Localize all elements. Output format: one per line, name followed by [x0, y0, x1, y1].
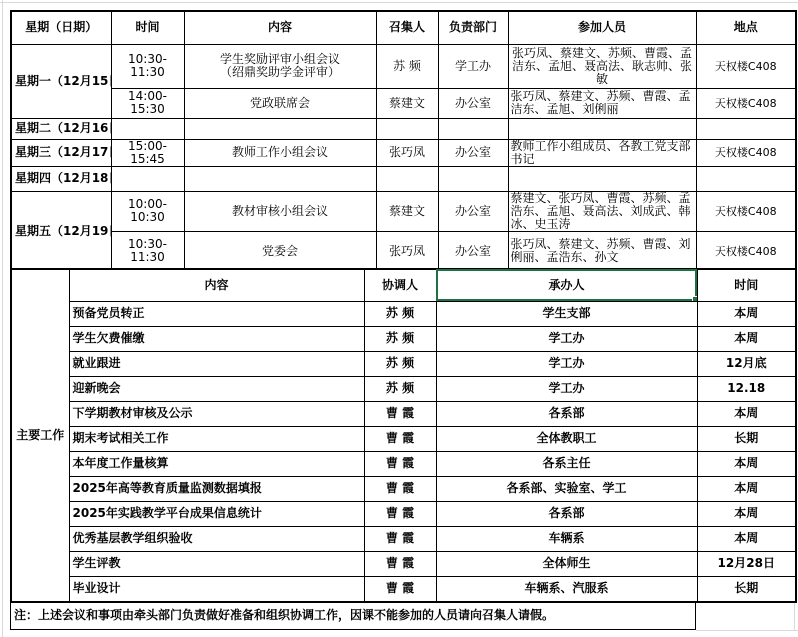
- cell-department[interactable]: 办公室: [438, 88, 508, 118]
- margin-gridline-left: [2, 0, 3, 637]
- cell-task[interactable]: 毕业设计: [69, 576, 364, 602]
- cell-organizer[interactable]: 全体教职工: [436, 426, 697, 451]
- cell-coordinator[interactable]: 曹 霞: [364, 451, 436, 476]
- cell-organizer[interactable]: 学生支部: [436, 301, 697, 326]
- table-row: 预备党员转正苏 频学生支部本周: [11, 301, 796, 326]
- table-row: 星期三（12月17日） 15:00-15:45 教师工作小组会议 张巧凤 办公室…: [11, 139, 796, 166]
- cell-day-friday[interactable]: 星期五（12月19日）: [11, 191, 111, 272]
- cell-convener[interactable]: 苏 频: [376, 44, 438, 88]
- cell-organizer[interactable]: 学工办: [436, 351, 697, 376]
- cell-organizer[interactable]: 各系主任: [436, 451, 697, 476]
- cell-content[interactable]: 教师工作小组会议: [184, 139, 376, 166]
- cell-coordinator[interactable]: 曹 霞: [364, 551, 436, 576]
- cell-convener[interactable]: [376, 118, 438, 139]
- table-row: 星期五（12月19日） 10:00-10:30 教材审核小组会议 蔡建文 办公室…: [11, 191, 796, 231]
- header-task-time[interactable]: 时间: [697, 269, 796, 301]
- cell-coordinator[interactable]: 曹 霞: [364, 526, 436, 551]
- cell-day-thursday[interactable]: 星期四（12月18日）: [11, 166, 111, 191]
- header-coordinator[interactable]: 协调人: [364, 269, 436, 301]
- table-row: 14:00-15:30 党政联席会 蔡建文 办公室 张巧凤、蔡建文、苏频、曹霞、…: [11, 88, 796, 118]
- table-row: 就业跟进苏 频学工办12月底: [11, 351, 796, 376]
- cell-convener[interactable]: 张巧凤: [376, 139, 438, 166]
- cell-participants[interactable]: 教师工作小组成员、各教工党支部书记: [508, 139, 696, 166]
- cell-coordinator[interactable]: 曹 霞: [364, 576, 436, 602]
- cell-participants[interactable]: [508, 166, 696, 191]
- header-convener[interactable]: 召集人: [376, 11, 438, 44]
- cell-task-time[interactable]: 本周: [697, 401, 796, 426]
- cell-organizer[interactable]: 学工办: [436, 376, 697, 401]
- cell-participants[interactable]: [508, 118, 696, 139]
- cell-time[interactable]: [111, 166, 184, 191]
- cell-organizer[interactable]: 学工办: [436, 326, 697, 351]
- table-row: 毕业设计曹 霞车辆系、汽服系长期: [11, 576, 796, 602]
- cell-time[interactable]: 10:30-11:30: [111, 44, 184, 88]
- cell-task-time[interactable]: 本周: [697, 526, 796, 551]
- cell-task[interactable]: 下学期教材审核及公示: [69, 401, 364, 426]
- main-tasks-table: 主要工作 内容 协调人 承办人 时间 预备党员转正苏 频学生支部本周 学生欠费催…: [10, 268, 797, 603]
- cell-task-time[interactable]: 本周: [697, 451, 796, 476]
- selected-cell-organizer-header[interactable]: 承办人: [436, 269, 697, 301]
- cell-department[interactable]: 办公室: [438, 231, 508, 272]
- cell-participants[interactable]: 张巧凤、蔡建文、苏频、曹霞、孟洁东、孟旭、聂高法、耿志帅、张敏: [508, 44, 696, 88]
- table-row: 优秀基层教学组织验收曹 霞车辆系本周: [11, 526, 796, 551]
- header-organizer-label: 承办人: [548, 278, 584, 292]
- cell-task-time[interactable]: 长期: [697, 426, 796, 451]
- cell-task[interactable]: 预备党员转正: [69, 301, 364, 326]
- cell-coordinator[interactable]: 苏 频: [364, 351, 436, 376]
- cell-task-time[interactable]: 本周: [697, 476, 796, 501]
- cell-content[interactable]: 学生奖励评审小组会议 （绍鼎奖助学金评审）: [184, 44, 376, 88]
- cell-location[interactable]: 天权楼C408: [696, 191, 796, 231]
- cell-coordinator[interactable]: 苏 频: [364, 326, 436, 351]
- cell-day-tuesday[interactable]: 星期二（12月16日）: [11, 118, 111, 139]
- cell-coordinator[interactable]: 苏 频: [364, 376, 436, 401]
- cell-coordinator[interactable]: 曹 霞: [364, 401, 436, 426]
- table-row: 下学期教材审核及公示曹 霞各系部本周: [11, 401, 796, 426]
- cell-department[interactable]: 办公室: [438, 139, 508, 166]
- cell-coordinator[interactable]: 曹 霞: [364, 476, 436, 501]
- cell-content[interactable]: [184, 166, 376, 191]
- spreadsheet-view: 星期（日期） 时间 内容 召集人 负责部门 参加人员 地点 星期一（12月15日…: [0, 0, 798, 637]
- cell-task[interactable]: 2025年高等教育质量监测数据填报: [69, 476, 364, 501]
- cell-coordinator[interactable]: 曹 霞: [364, 426, 436, 451]
- cell-content[interactable]: 党委会: [184, 231, 376, 272]
- table-row: 迎新晚会苏 频学工办12.18: [11, 376, 796, 401]
- table-row: 期末考试相关工作曹 霞全体教职工长期: [11, 426, 796, 451]
- cell-time[interactable]: [111, 118, 184, 139]
- cell-location[interactable]: 天权楼C408: [696, 139, 796, 166]
- table-row: 星期二（12月16日）: [11, 118, 796, 139]
- cell-task-time[interactable]: 长期: [697, 576, 796, 602]
- cell-organizer[interactable]: 车辆系、汽服系: [436, 576, 697, 602]
- cell-task[interactable]: 迎新晚会: [69, 376, 364, 401]
- cell-task[interactable]: 2025年实践教学平台成果信息统计: [69, 501, 364, 526]
- cell-time[interactable]: 14:00-15:30: [111, 88, 184, 118]
- cell-task-time[interactable]: 12月28日: [697, 551, 796, 576]
- cell-coordinator[interactable]: 曹 霞: [364, 501, 436, 526]
- cell-content[interactable]: [184, 118, 376, 139]
- cell-content[interactable]: 党政联席会: [184, 88, 376, 118]
- cell-task-time[interactable]: 12.18: [697, 376, 796, 401]
- table-row: 星期四（12月18日）: [11, 166, 796, 191]
- table-row: 2025年高等教育质量监测数据填报曹 霞各系部、实验室、学工本周: [11, 476, 796, 501]
- table-row: 学生评教曹 霞全体师生12月28日: [11, 551, 796, 576]
- side-label-main-work[interactable]: 主要工作: [11, 269, 69, 602]
- header-location[interactable]: 地点: [696, 11, 796, 44]
- cell-convener[interactable]: 张巧凤: [376, 231, 438, 272]
- header-time[interactable]: 时间: [111, 11, 184, 44]
- table-row: 星期一（12月15日） 10:30-11:30 学生奖励评审小组会议 （绍鼎奖助…: [11, 44, 796, 88]
- cell-convener[interactable]: 蔡建文: [376, 88, 438, 118]
- cell-organizer[interactable]: 全体师生: [436, 551, 697, 576]
- cell-task[interactable]: 学生欠费催缴: [69, 326, 364, 351]
- cell-organizer[interactable]: 各系部: [436, 401, 697, 426]
- cell-location[interactable]: 天权楼C408: [696, 44, 796, 88]
- margin-gridline-top: [0, 2, 798, 3]
- header-content[interactable]: 内容: [184, 11, 376, 44]
- cell-task[interactable]: 本年度工作量核算: [69, 451, 364, 476]
- header-task-content[interactable]: 内容: [69, 269, 364, 301]
- cell-location[interactable]: [696, 166, 796, 191]
- cell-day-wednesday[interactable]: 星期三（12月17日）: [11, 139, 111, 166]
- cell-task[interactable]: 就业跟进: [69, 351, 364, 376]
- cell-location[interactable]: 天权楼C408: [696, 88, 796, 118]
- cell-day-monday[interactable]: 星期一（12月15日）: [11, 44, 111, 118]
- margin-gridline-note-bottom: [696, 630, 798, 631]
- week-schedule-table: 星期（日期） 时间 内容 召集人 负责部门 参加人员 地点 星期一（12月15日…: [10, 10, 797, 273]
- cell-coordinator[interactable]: 苏 频: [364, 301, 436, 326]
- cell-task-time[interactable]: 本周: [697, 301, 796, 326]
- cell-content[interactable]: 教材审核小组会议: [184, 191, 376, 231]
- week-header-row: 星期（日期） 时间 内容 召集人 负责部门 参加人员 地点: [11, 11, 796, 44]
- cell-task-time[interactable]: 本周: [697, 501, 796, 526]
- cell-participants[interactable]: 蔡建文、张巧凤、曹霞、苏频、孟浩东、孟旭、聂高法、刘成武、韩冰、史玉涛: [508, 191, 696, 231]
- margin-gridline-note-right: [794, 603, 795, 631]
- cell-task[interactable]: 优秀基层教学组织验收: [69, 526, 364, 551]
- cell-organizer[interactable]: 各系部、实验室、学工: [436, 476, 697, 501]
- tasks-header-row: 主要工作 内容 协调人 承办人 时间: [11, 269, 796, 301]
- cell-time[interactable]: 10:00-10:30: [111, 191, 184, 231]
- table-row: 本年度工作量核算曹 霞各系主任本周: [11, 451, 796, 476]
- cell-time[interactable]: 15:00-15:45: [111, 139, 184, 166]
- cell-task-time[interactable]: 12月底: [697, 351, 796, 376]
- table-row: 2025年实践教学平台成果信息统计曹 霞各系部本周: [11, 501, 796, 526]
- header-department[interactable]: 负责部门: [438, 11, 508, 44]
- cell-time[interactable]: 10:30-11:30: [111, 231, 184, 272]
- footnote-cell[interactable]: 注：上述会议和事项由牵头部门负责做好准备和组织协调工作，因课不能参加的人员请向召…: [10, 603, 696, 630]
- cell-task[interactable]: 学生评教: [69, 551, 364, 576]
- cell-task[interactable]: 期末考试相关工作: [69, 426, 364, 451]
- header-participants[interactable]: 参加人员: [508, 11, 696, 44]
- cell-organizer[interactable]: 车辆系: [436, 526, 697, 551]
- cell-department[interactable]: 学工办: [438, 44, 508, 88]
- cell-convener[interactable]: [376, 166, 438, 191]
- cell-participants[interactable]: 张巧凤、蔡建文、苏频、曹霞、刘俐丽、孟浩东、孙文: [508, 231, 696, 272]
- table-row: 学生欠费催缴苏 频学工办本周: [11, 326, 796, 351]
- table-row: 10:30-11:30 党委会 张巧凤 办公室 张巧凤、蔡建文、苏频、曹霞、刘俐…: [11, 231, 796, 272]
- cell-organizer[interactable]: 各系部: [436, 501, 697, 526]
- cell-location[interactable]: 天权楼C408: [696, 231, 796, 272]
- cell-department[interactable]: 办公室: [438, 191, 508, 231]
- selection-fill-handle[interactable]: [692, 296, 698, 302]
- cell-participants[interactable]: 张巧凤、蔡建文、苏频、曹霞、孟洁东、孟旭、刘俐丽: [508, 88, 696, 118]
- cell-department[interactable]: [438, 166, 508, 191]
- cell-convener[interactable]: 蔡建文: [376, 191, 438, 231]
- cell-task-time[interactable]: 本周: [697, 326, 796, 351]
- cell-department[interactable]: [438, 118, 508, 139]
- header-day[interactable]: 星期（日期）: [11, 11, 111, 44]
- cell-location[interactable]: [696, 118, 796, 139]
